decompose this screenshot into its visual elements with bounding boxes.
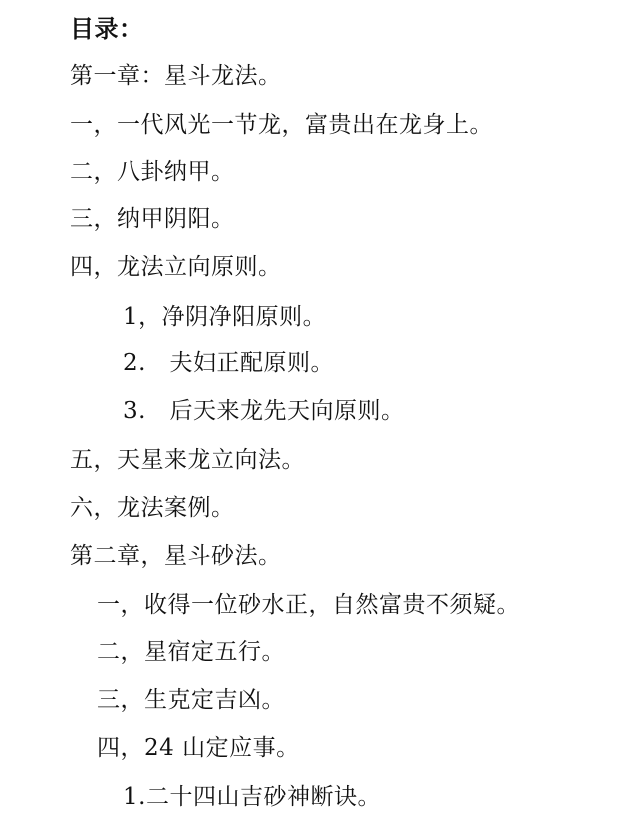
document-page: 目录： 第一章：星斗龙法。 一，一代风光一节龙，富贵出在龙身上。 二，八卦纳甲。… [0, 0, 640, 822]
toc-title: 目录： [70, 14, 144, 44]
toc-entry: 四，龙法立向原则。 [70, 252, 282, 282]
toc-entry: 六，龙法案例。 [70, 493, 235, 523]
toc-subentry: 2. 夫妇正配原则。 [123, 348, 334, 378]
toc-entry: 二，星宿定五行。 [97, 637, 285, 667]
toc-entry: 四，24 山定应事。 [97, 733, 300, 763]
toc-subentry: 1.二十四山吉砂神断诀。 [123, 782, 381, 812]
toc-subentry: 1，净阴净阳原则。 [123, 302, 326, 332]
toc-chapter-1: 第一章：星斗龙法。 [70, 61, 282, 91]
toc-subentry: 3. 后天来龙先天向原则。 [123, 396, 404, 426]
toc-entry: 三，纳甲阴阳。 [70, 204, 235, 234]
toc-entry: 二，八卦纳甲。 [70, 157, 235, 187]
toc-chapter-2: 第二章，星斗砂法。 [70, 541, 282, 571]
toc-entry: 一，一代风光一节龙，富贵出在龙身上。 [70, 110, 493, 140]
toc-entry: 五，天星来龙立向法。 [70, 445, 305, 475]
toc-entry: 三，生克定吉凶。 [97, 685, 285, 715]
toc-entry: 一，收得一位砂水正，自然富贵不须疑。 [97, 590, 520, 620]
